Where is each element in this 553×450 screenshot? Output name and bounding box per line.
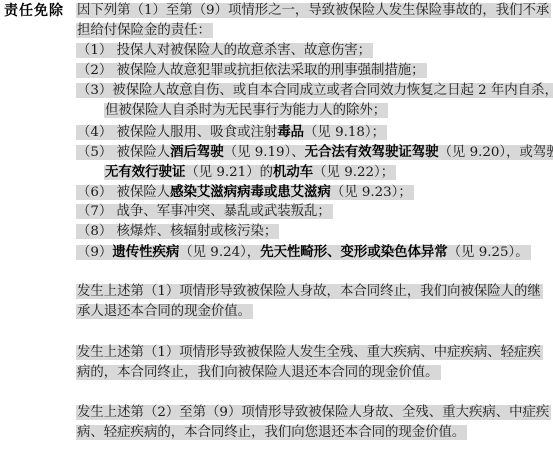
clause-title: 责任免除	[4, 1, 64, 21]
clause-text: （见 9.25）。	[448, 245, 529, 260]
highlighted-text: （1） 投保人对被保险人的故意杀害、故意伤害；	[76, 43, 373, 58]
clause-line: （4） 被保险人服用、吸食或注射毒品（见 9.18）；	[76, 122, 553, 142]
highlighted-text: 病、轻症疾病的，本合同终止，我们向您退还本合同的现金价值。	[76, 425, 467, 440]
defined-term: 先天性畸形、变形或染色体异常	[260, 244, 447, 260]
highlighted-text: （7） 战争、军事冲突、暴乱或武装叛乱；	[76, 204, 333, 219]
clause-text: （5） 被保险人	[77, 145, 170, 160]
clause-text: 发生上述第（1）项情形导致被保险人发生全残、重大疾病、中症疾病、轻症疾	[77, 345, 541, 360]
highlighted-text: 病的，本合同终止，我们向被保险人退还本合同的现金价值。	[76, 365, 441, 380]
clause-text: （3）被保险人故意自伤、或自本合同成立或者合同效力恢复之日起 2 年内自杀，	[77, 83, 553, 98]
clause-line: 发生上述第（1）项情形导致被保险人身故，本合同终止，我们向被保险人的继	[76, 282, 553, 302]
highlighted-text: 担给付保险金的责任：	[76, 23, 213, 38]
clause-line: （1） 投保人对被保险人的故意杀害、故意伤害；	[76, 41, 553, 61]
defined-term: 无有效行驶证	[105, 164, 185, 180]
clause-text: （见 9.18）；	[304, 125, 385, 140]
clause-text: （见 9.23）；	[331, 185, 412, 200]
clause-line: 发生上述第（1）项情形导致被保险人发生全残、重大疾病、中症疾病、轻症疾	[76, 343, 553, 363]
clause-text: （8） 核爆炸、核辐射或核污染；	[77, 224, 277, 239]
clause-text: 承人退还本合同的现金价值。	[77, 304, 251, 319]
clause-text: （见 9.24），	[179, 245, 260, 260]
clause-text: （6） 被保险人	[77, 185, 170, 200]
clause-text: （7） 战争、军事冲突、暴乱或武装叛乱；	[77, 204, 331, 219]
blank-line	[76, 323, 553, 343]
defined-term: 无合法有效驾驶证驾驶	[305, 144, 439, 160]
highlighted-text: 承人退还本合同的现金价值。	[76, 304, 253, 319]
clause-line: （3）被保险人故意自伤、或自本合同成立或者合同效力恢复之日起 2 年内自杀，	[76, 81, 553, 101]
defined-term: 感染艾滋病病毒或患艾滋病	[170, 184, 331, 200]
clause-text: （4） 被保险人服用、吸食或注射	[77, 125, 277, 140]
highlighted-text: 发生上述第（2）至第（9）项情形导致被保险人身故、全残、重大疾病、中症疾	[76, 405, 551, 420]
clause-line: 担给付保险金的责任：	[76, 21, 553, 41]
defined-term: 毒品	[277, 124, 304, 140]
blank-line	[76, 262, 553, 282]
clause-line: 病的，本合同终止，我们向被保险人退还本合同的现金价值。	[76, 363, 553, 383]
clause-text: （见 9.22）；	[313, 165, 394, 180]
clause-text: （1） 投保人对被保险人的故意杀害、故意伤害；	[77, 43, 371, 58]
blank-line	[76, 383, 553, 403]
highlighted-text: 无有效行驶证（见 9.21）的机动车（见 9.22）；	[104, 165, 396, 180]
highlighted-text: 发生上述第（1）项情形导致被保险人身故，本合同终止，我们向被保险人的继	[76, 284, 543, 299]
highlighted-text: （8） 核爆炸、核辐射或核污染；	[76, 224, 279, 239]
highlighted-text: （6） 被保险人感染艾滋病病毒或患艾滋病（见 9.23）；	[76, 185, 414, 200]
clause-text: 因下列第（1）至第（9）项情形之一，导致被保险人发生保险事故的，我们不承	[77, 3, 549, 18]
highlighted-text: 但被保险人自杀时为无民事行为能力人的除外；	[104, 103, 388, 118]
clause-line: 发生上述第（2）至第（9）项情形导致被保险人身故、全残、重大疾病、中症疾	[76, 403, 553, 423]
clause-line: （2） 被保险人故意犯罪或抗拒依法采取的刑事强制措施；	[76, 61, 553, 81]
clause-line: （9）遗传性疾病（见 9.24），先天性畸形、变形或染色体异常（见 9.25）。	[76, 242, 553, 262]
clause-text: 发生上述第（2）至第（9）项情形导致被保险人身故、全残、重大疾病、中症疾	[77, 405, 549, 420]
clause-text: 担给付保险金的责任：	[77, 23, 211, 38]
clause-line: 承人退还本合同的现金价值。	[76, 302, 553, 322]
clause-body: 因下列第（1）至第（9）项情形之一，导致被保险人发生保险事故的，我们不承担给付保…	[76, 0, 553, 443]
defined-term: 遗传性疾病	[112, 244, 179, 260]
clause-line: 病、轻症疾病的，本合同终止，我们向您退还本合同的现金价值。	[76, 423, 553, 443]
clause-text: （见 9.19）、	[224, 145, 305, 160]
highlighted-text: 发生上述第（1）项情形导致被保险人发生全残、重大疾病、中症疾病、轻症疾	[76, 345, 543, 360]
highlighted-text: （9）遗传性疾病（见 9.24），先天性畸形、变形或染色体异常（见 9.25）。	[76, 245, 531, 260]
clause-line: 无有效行驶证（见 9.21）的机动车（见 9.22）；	[76, 162, 553, 182]
clause-line: （5） 被保险人酒后驾驶（见 9.19）、无合法有效驾驶证驾驶（见 9.20），…	[76, 142, 553, 162]
clause-line: （8） 核爆炸、核辐射或核污染；	[76, 222, 553, 242]
clause-line: 因下列第（1）至第（9）项情形之一，导致被保险人发生保险事故的，我们不承	[76, 1, 553, 21]
clause-line: 但被保险人自杀时为无民事行为能力人的除外；	[76, 101, 553, 121]
defined-term: 酒后驾驶	[170, 144, 224, 160]
clause-text: （9）	[77, 245, 112, 260]
clause-line: （7） 战争、军事冲突、暴乱或武装叛乱；	[76, 202, 553, 222]
clause-text: 发生上述第（1）项情形导致被保险人身故，本合同终止，我们向被保险人的继	[77, 284, 541, 299]
clause-text: （见 9.21）的	[185, 165, 273, 180]
highlighted-text: （3）被保险人故意自伤、或自本合同成立或者合同效力恢复之日起 2 年内自杀，	[76, 83, 553, 98]
highlighted-text: （2） 被保险人故意犯罪或抗拒依法采取的刑事强制措施；	[76, 63, 427, 78]
clause-text: （见 9.20），或驾驶	[439, 145, 553, 160]
clause-text: 但被保险人自杀时为无民事行为能力人的除外；	[105, 103, 386, 118]
highlighted-text: （4） 被保险人服用、吸食或注射毒品（见 9.18）；	[76, 125, 387, 140]
highlighted-text: （5） 被保险人酒后驾驶（见 9.19）、无合法有效驾驶证驾驶（见 9.20），…	[76, 145, 553, 160]
clause-line: （6） 被保险人感染艾滋病病毒或患艾滋病（见 9.23）；	[76, 182, 553, 202]
clause-text: 病、轻症疾病的，本合同终止，我们向您退还本合同的现金价值。	[77, 425, 465, 440]
clause-text: 病的，本合同终止，我们向被保险人退还本合同的现金价值。	[77, 365, 439, 380]
document-page: 责任免除 因下列第（1）至第（9）项情形之一，导致被保险人发生保险事故的，我们不…	[0, 0, 553, 450]
defined-term: 机动车	[273, 164, 313, 180]
clause-text: （2） 被保险人故意犯罪或抗拒依法采取的刑事强制措施；	[77, 63, 425, 78]
highlighted-text: 因下列第（1）至第（9）项情形之一，导致被保险人发生保险事故的，我们不承	[76, 3, 551, 18]
